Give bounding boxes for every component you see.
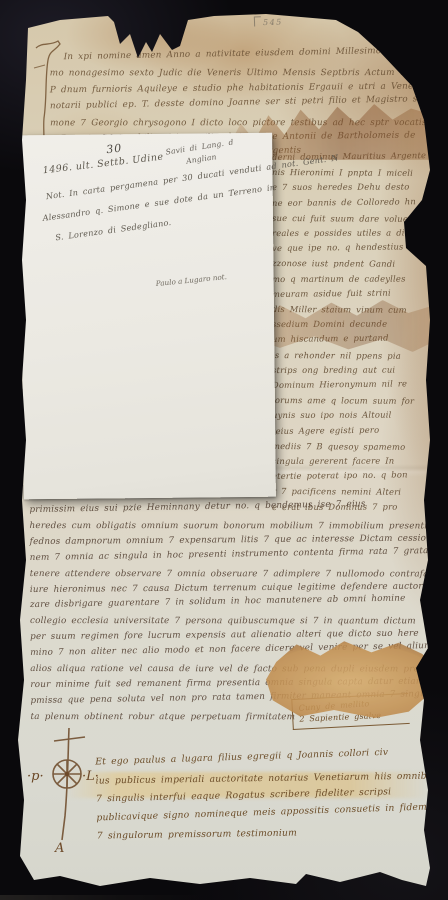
notarial-sign-icon: ·p· ·L· A	[24, 724, 108, 856]
manuscript-line: teius Agere egisti pero	[272, 422, 430, 439]
manuscript-line: etertie poterat ipo no. q bon	[272, 467, 430, 484]
pencil-bracket-mark	[254, 16, 261, 26]
docket-box: Cuny de mellito2 Sapientie gsalve	[291, 693, 409, 730]
manuscript-line: Dominum Hieronymum nil re	[272, 376, 430, 393]
sign-letter-a: A	[54, 841, 64, 856]
slip-number: 30	[106, 141, 123, 156]
manuscript-line: ne eor bannis de Colloredo hn	[272, 194, 430, 211]
manuscript-line: zzonose iust pndent Gandi	[272, 256, 430, 272]
slip-center-note: Paulo a Lugaro not.	[155, 272, 227, 288]
manuscript-line: ve que ipe no. q hendestius	[272, 239, 430, 256]
notary-subscription-block: Et ego paulus a lugara filius egregii q …	[95, 746, 433, 846]
manuscript-line: In xpi nomine amen Anno a nativitate eiu…	[64, 42, 434, 66]
manuscript-line: um hiscandum e purtand	[272, 331, 430, 348]
sign-letter-p: ·p·	[27, 769, 44, 784]
sign-letter-l: ·L·	[82, 769, 99, 784]
manuscript-line: uynis suo ipo nois Altouil	[272, 408, 430, 424]
archival-slip: 30 1496. ult. Settb. Udine Savii di Lang…	[20, 133, 276, 500]
manuscript-line: e 7 suos heredes Dehu desto	[272, 180, 430, 196]
archive-number: 545	[254, 16, 283, 28]
manuscript-line: 7 singulorum premissorum testimonium	[97, 823, 433, 847]
manuscript-line: reales e possides utiles a di	[272, 225, 430, 241]
archive-number-text: 545	[263, 17, 283, 27]
right-column-text-block: derni dominus Mauritius Argentenis Hiero…	[272, 150, 430, 514]
manuscript-sheet: 545 In xpi nomine amen Anno a nativitate…	[14, 8, 438, 892]
table-edge-shadow	[0, 895, 260, 900]
lower-text-block: primissim eius sui pzie Heminnany detur …	[29, 501, 432, 726]
manuscript-line: primissim eius sui pzie Heminnany detur …	[29, 496, 431, 519]
manuscript-line: meuram asidue fuit strini	[272, 285, 430, 302]
manuscript-line: sue cui fuit suum dare voluerit	[272, 211, 430, 227]
manuscript-line: is a rehonder nil ppens pia	[272, 348, 430, 364]
